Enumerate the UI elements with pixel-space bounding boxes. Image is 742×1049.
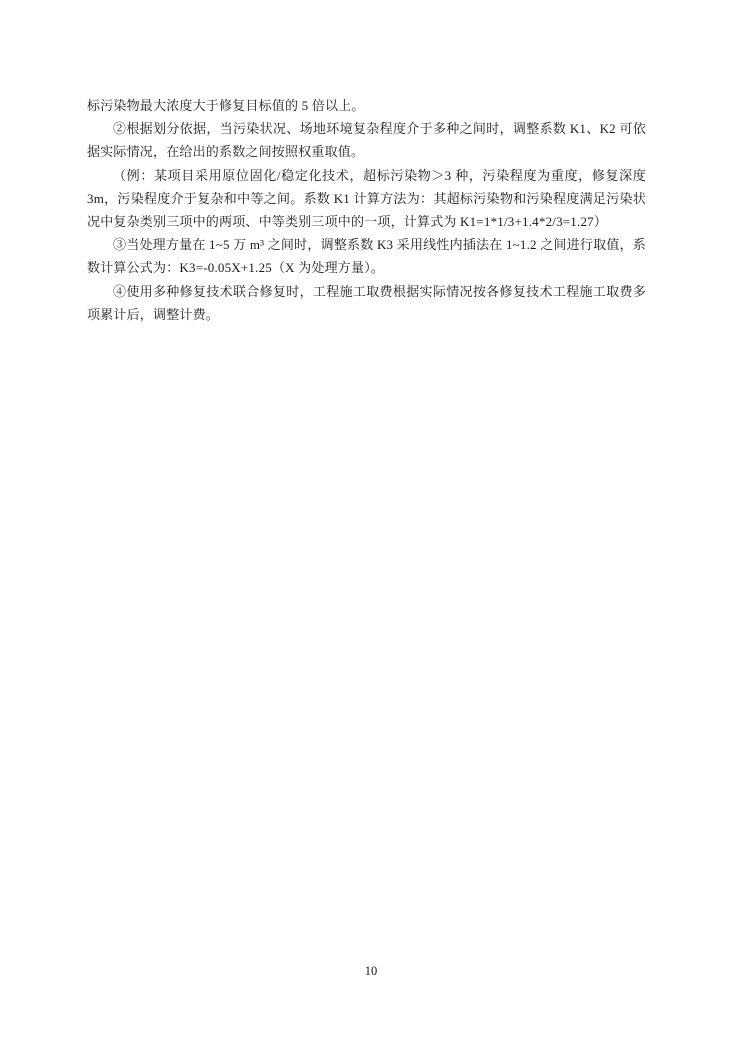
paragraph-note-4: ④使用多种修复技术联合修复时，工程施工取费根据实际情况按各修复技术工程施工取费多… [87,280,646,326]
document-text-block: 标污染物最大浓度大于修复目标值的 5 倍以上。 ②根据划分依据，当污染状况、场地… [87,94,646,326]
paragraph-continuation: 标污染物最大浓度大于修复目标值的 5 倍以上。 [87,94,646,117]
paragraph-example: （例：某项目采用原位固化/稳定化技术，超标污染物＞3 种，污染程度为重度，修复深… [87,164,646,234]
document-page: 标污染物最大浓度大于修复目标值的 5 倍以上。 ②根据划分依据，当污染状况、场地… [0,0,742,1049]
paragraph-note-2: ②根据划分依据，当污染状况、场地环境复杂程度介于多种之间时，调整系数 K1、K2… [87,117,646,163]
paragraph-note-3: ③当处理方量在 1~5 万 m³ 之间时，调整系数 K3 采用线性内插法在 1~… [87,233,646,279]
page-number: 10 [0,963,742,979]
